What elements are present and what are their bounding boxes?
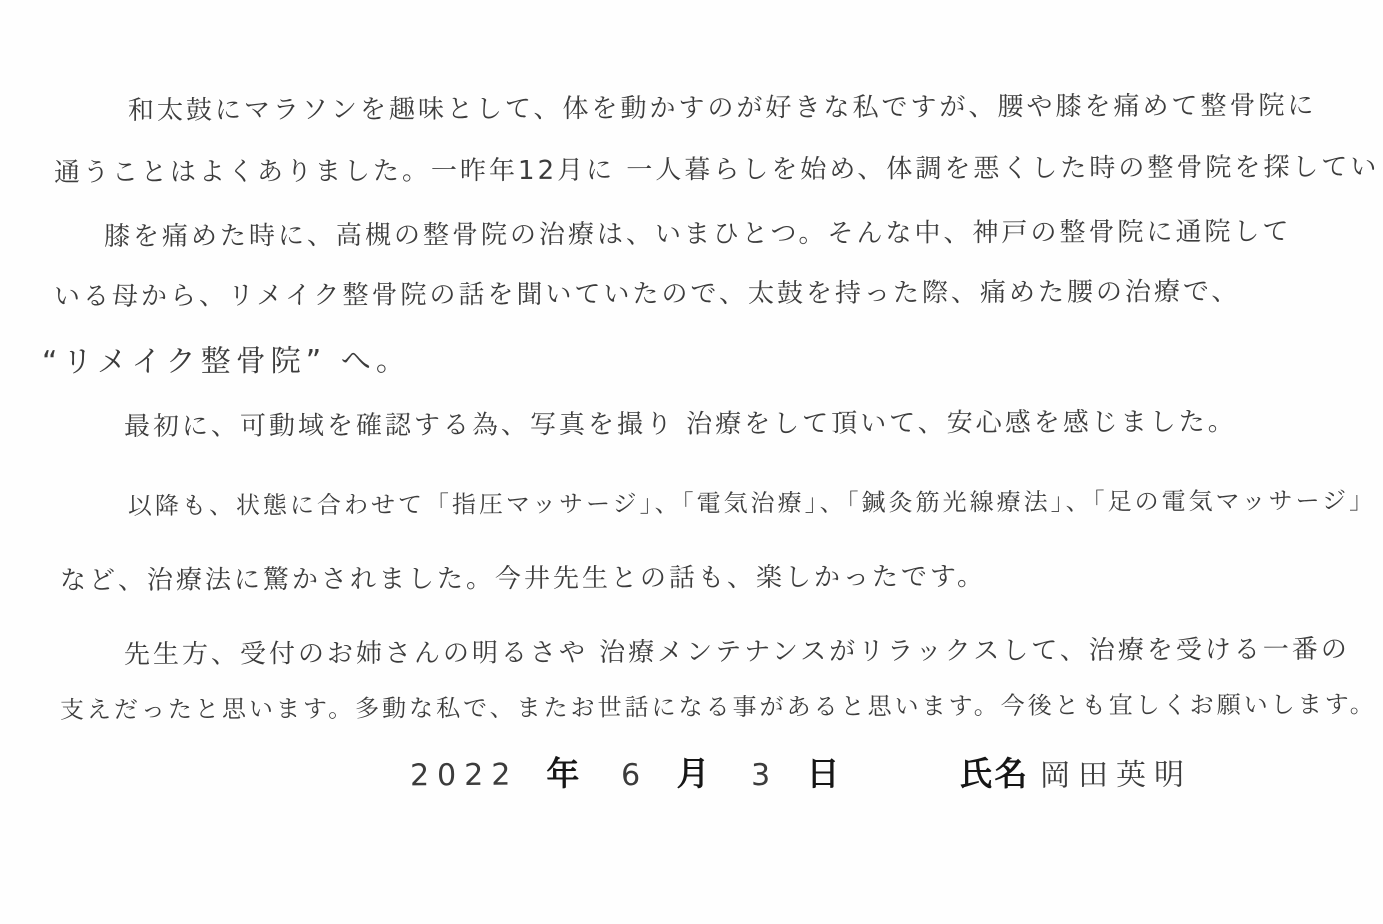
scanned-letter-page: 和太鼓にマラソンを趣味として、体を動かすのが好きな私ですが、腰や膝を痛めて整骨院… <box>0 0 1383 924</box>
signature-date-row: 2022 年 6 月 3 日 氏名 岡田英明 <box>410 748 1192 795</box>
handwritten-line: 先生方、受付のお姉さんの明るさや 治療メンテナンスがリラックスして、治療を受ける… <box>124 637 1350 668</box>
signature-name: 岡田英明 <box>1039 749 1191 794</box>
date-month-value: 6 <box>621 758 648 793</box>
handwritten-line: 通うことはよくありました。一昨年12月に 一人暮らしを始め、体調を悪くした時の整… <box>54 154 1383 186</box>
date-day-label: 日 <box>807 748 842 795</box>
handwritten-line: 支えだったと思います。多動な私で、またお世話になる事があると思います。今後とも宜… <box>60 692 1377 722</box>
date-year-value: 2022 <box>410 758 519 794</box>
handwritten-line-clinic-name: “リメイク整骨院” へ。 <box>42 346 411 378</box>
date-month-label: 月 <box>676 748 711 795</box>
handwritten-line: 最初に、可動域を確認する為、写真を撮り 治療をして頂いて、安心感を感じました。 <box>124 409 1237 440</box>
handwritten-line: など、治療法に驚かされました。今井先生との話も、楽しかったです。 <box>60 564 986 594</box>
handwritten-line: 膝を痛めた時に、高槻の整骨院の治療は、いまひとつ。そんな中、神戸の整骨院に通院し… <box>104 219 1292 250</box>
handwritten-line: 以降も、状態に合わせて「指圧マッサージ」、「電気治療」、「鍼灸筋光線療法」、「足… <box>128 489 1376 518</box>
name-label: 氏名 <box>960 748 1030 795</box>
handwritten-line: 和太鼓にマラソンを趣味として、体を動かすのが好きな私ですが、腰や膝を痛めて整骨院… <box>128 93 1317 124</box>
handwritten-line: いる母から、リメイク整骨院の話を聞いていたので、太鼓を持った際、痛めた腰の治療で… <box>54 279 1241 310</box>
date-year-label: 年 <box>546 748 581 795</box>
date-day-value: 3 <box>751 758 778 793</box>
